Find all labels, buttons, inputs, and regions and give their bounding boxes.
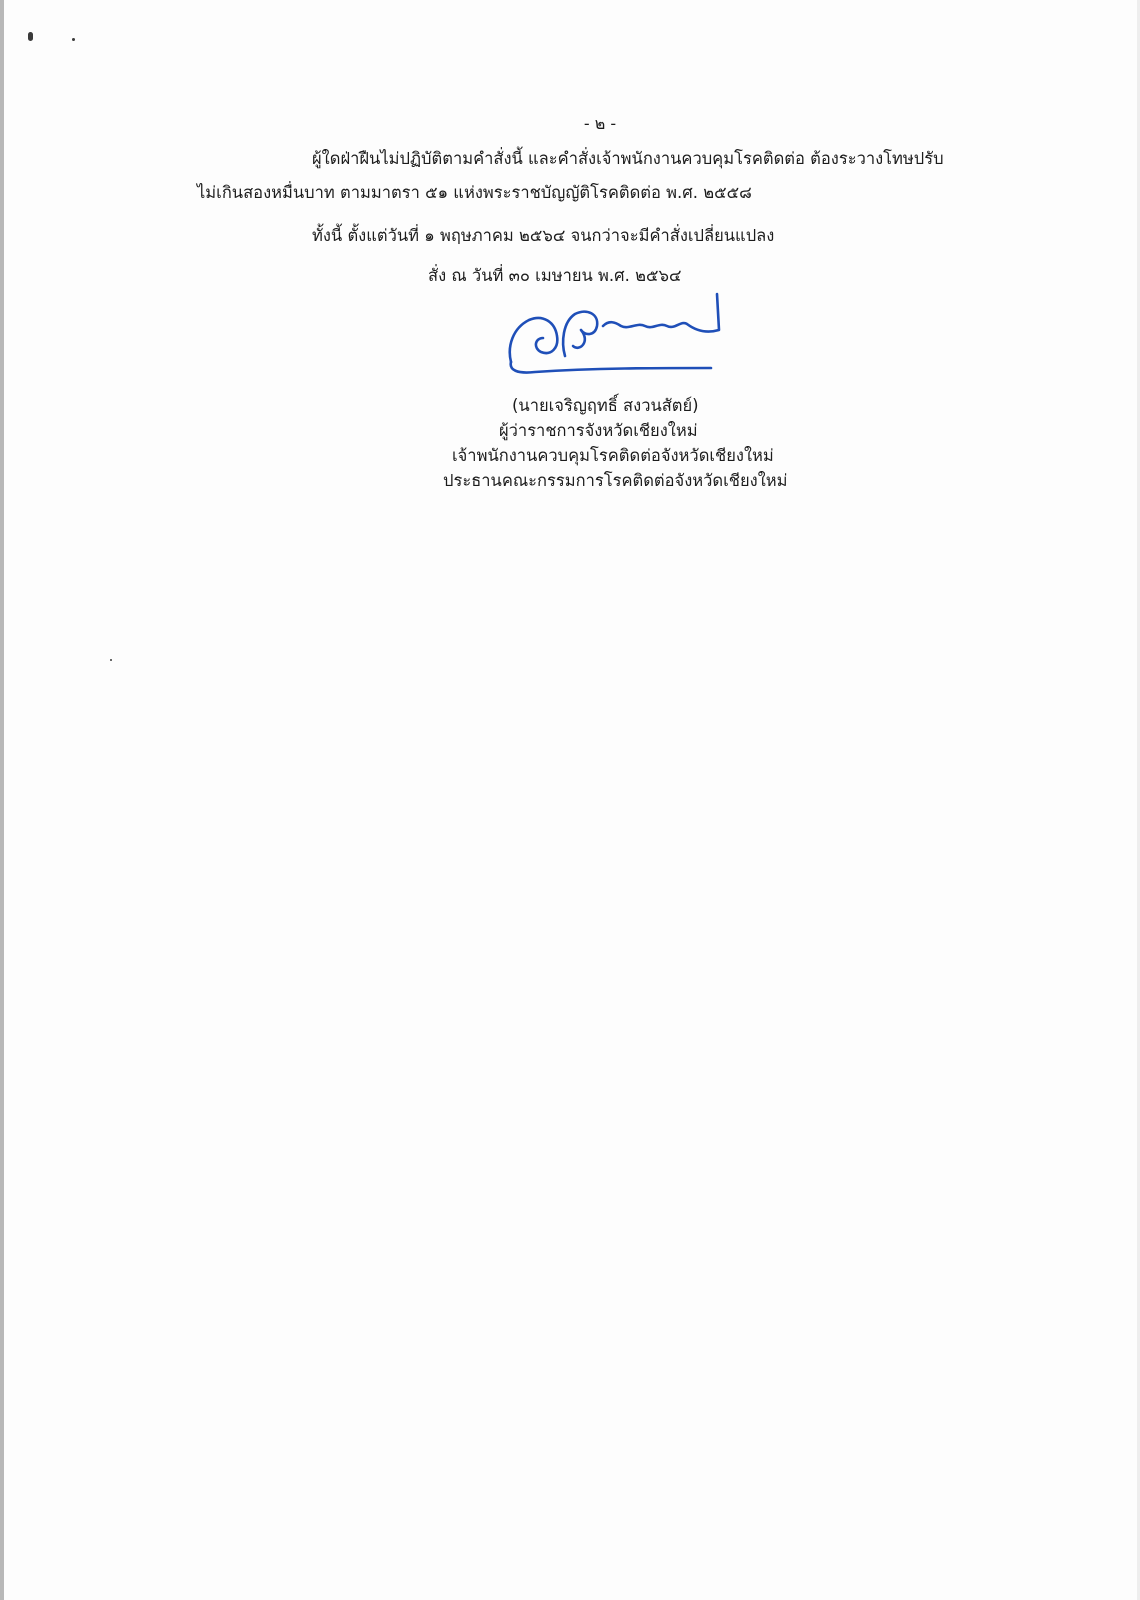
signatory-name: (นายเจริญฤทธิ์ สงวนสัตย์) bbox=[512, 395, 699, 417]
signature-icon bbox=[505, 290, 735, 382]
signatory-title-governor: ผู้ว่าราชการจังหวัดเชียงใหม่ bbox=[499, 420, 698, 442]
signatory-title-committee-chair: ประธานคณะกรรมการโรคติดต่อจังหวัดเชียงใหม… bbox=[443, 470, 788, 492]
scan-speck bbox=[28, 32, 33, 41]
effective-date-paragraph: ทั้งนี้ ตั้งแต่วันที่ ๑ พฤษภาคม ๒๕๖๔ จนก… bbox=[312, 225, 774, 247]
scan-speck bbox=[72, 38, 75, 41]
page-number: - ๒ - bbox=[0, 113, 1140, 135]
scan-speck bbox=[110, 659, 112, 661]
order-date: สั่ง ณ วันที่ ๓๐ เมษายน พ.ศ. ๒๕๖๔ bbox=[428, 265, 681, 287]
penalty-paragraph-line-1: ผู้ใดฝ่าฝืนไม่ปฏิบัติตามคำสั่งนี้ และคำส… bbox=[312, 148, 944, 170]
scan-page-edge-left bbox=[0, 0, 4, 1600]
signatory-title-disease-control-officer: เจ้าพนักงานควบคุมโรคติดต่อจังหวัดเชียงให… bbox=[452, 445, 774, 467]
penalty-paragraph-line-2: ไม่เกินสองหมื่นบาท ตามมาตรา ๕๑ แห่งพระรา… bbox=[197, 182, 752, 204]
